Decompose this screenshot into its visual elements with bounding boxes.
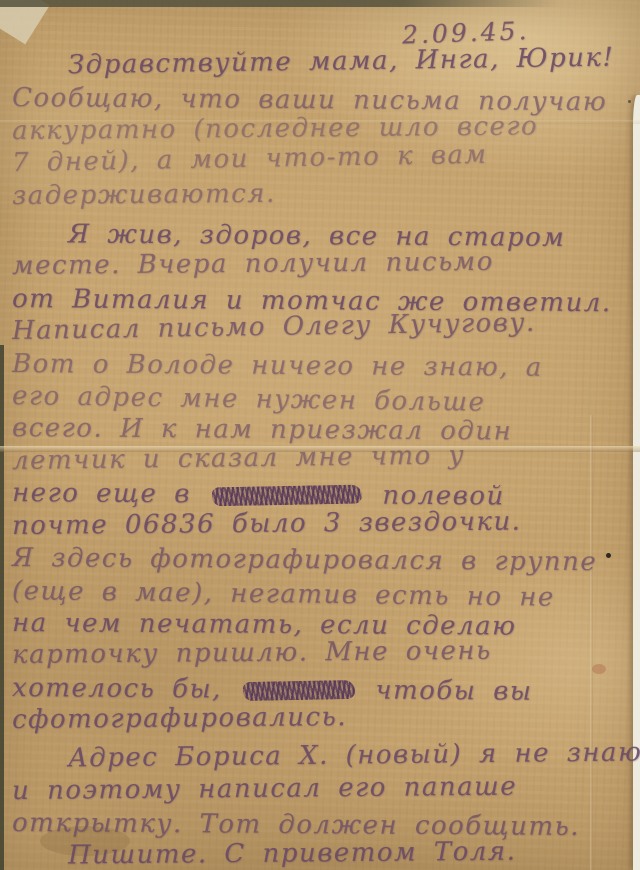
letter-line: Адрес Бориса Х. (новый) я не знаю [12, 736, 634, 775]
letter-line: Здравствуйте мама, Инга, Юрик! [12, 41, 634, 82]
letter-line: почте 06836 было 3 звездочки. [12, 504, 634, 542]
censored-scribble [242, 680, 354, 701]
scanner-edge-left [0, 345, 4, 870]
scanner-edge-top [0, 0, 560, 7]
letter-line: летчик и сказал мне что у [12, 437, 634, 477]
letter-line: месте. Вчера получил письмо [12, 245, 634, 283]
letter-line: Я здесь фотографировался в группе [12, 542, 634, 579]
letter-line: Пишите. С приветом Толя. [12, 834, 634, 870]
letter-line: Вот о Володе ничего не знаю, а [12, 348, 634, 385]
letter-scan: 2.09.45. Здравствуйте мама, Инга, Юрик!С… [0, 0, 640, 870]
letter-line: и поэтому написал его папаше [12, 770, 634, 808]
letter-body: Здравствуйте мама, Инга, Юрик!Сообщаю, ч… [12, 50, 634, 870]
letter-line: карточку пришлю. Мне очень [12, 634, 634, 672]
letter-line: задерживаются. [12, 174, 634, 212]
letter-line: сфотографировались. [12, 699, 634, 737]
censored-scribble [211, 485, 361, 507]
